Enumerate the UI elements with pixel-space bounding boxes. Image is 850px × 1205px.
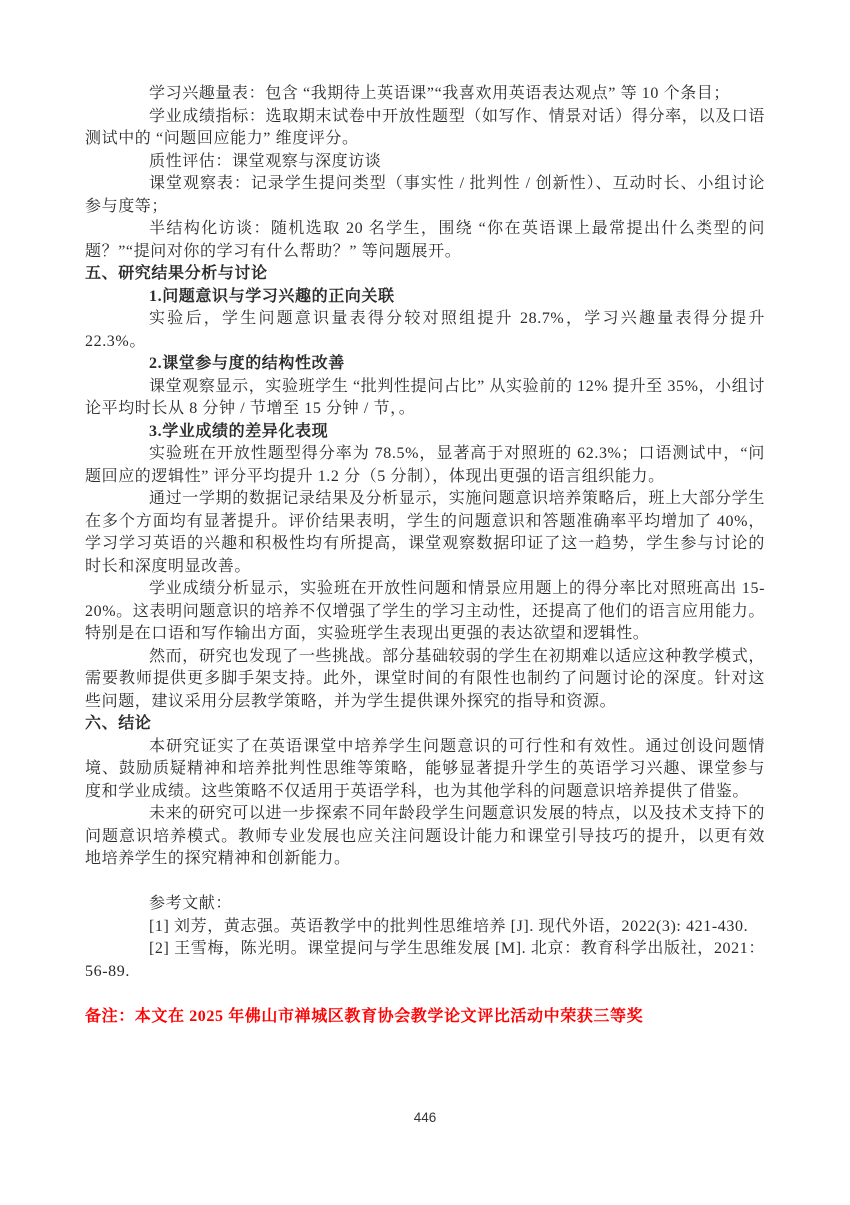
page-number: 446 [0,1110,850,1125]
document-body: 学习兴趣量表：包含 “我期待上英语课”“我喜欢用英语表达观点” 等 10 个条目… [85,83,765,1028]
reference-item-1: [1] 刘芳，黄志强。英语教学中的批判性思维培养 [J]. 现代外语，2022(… [85,916,765,939]
paragraph-semi-structured-interview: 半结构化访谈：随机选取 20 名学生，围绕 “你在英语课上最常提出什么类型的问题… [85,218,765,263]
paragraph-interest-scale: 学习兴趣量表：包含 “我期待上英语课”“我喜欢用英语表达观点” 等 10 个条目… [85,83,765,106]
paragraph-achievement-indicator: 学业成绩指标：选取期末试卷中开放性题型（如写作、情景对话）得分率，以及口语测试中… [85,106,765,151]
document-page: 学习兴趣量表：包含 “我期待上英语课”“我喜欢用英语表达观点” 等 10 个条目… [0,0,850,1205]
subsection-heading-3: 3.学业成绩的差异化表现 [85,421,765,444]
paragraph-academic-analysis: 学业成绩分析显示，实验班在开放性问题和情景应用题上的得分率比对照班高出 15-2… [85,578,765,646]
paragraph-qualitative-evaluation: 质性评估：课堂观察与深度访谈 [85,151,765,174]
paragraph-semester-data: 通过一学期的数据记录结果及分析显示，实施问题意识培养策略后，班上大部分学生在多个… [85,488,765,578]
paragraph-classroom-observation: 课堂观察显示，实验班学生 “批判性提问占比” 从实验前的 12% 提升至 35%… [85,376,765,421]
references-heading: 参考文献： [85,893,765,916]
subsection-heading-1: 1.问题意识与学习兴趣的正向关联 [85,286,765,309]
reference-item-2: [2] 王雪梅，陈光明。课堂提问与学生思维发展 [M]. 北京：教育科学出版社，… [85,938,765,983]
award-note: 备注：本文在 2025 年佛山市禅城区教育协会教学论文评比活动中荣获三等奖 [85,1006,765,1029]
paragraph-conclusion-1: 本研究证实了在英语课堂中培养学生问题意识的可行性和有效性。通过创设问题情境、鼓励… [85,736,765,804]
paragraph-challenges: 然而，研究也发现了一些挑战。部分基础较弱的学生在初期难以适应这种教学模式，需要教… [85,646,765,714]
paragraph-experiment-result: 实验后，学生问题意识量表得分较对照组提升 28.7%，学习兴趣量表得分提升 22… [85,308,765,353]
section-heading-conclusion: 六、结论 [85,713,765,736]
paragraph-score-rate: 实验班在开放性题型得分率为 78.5%，显著高于对照班的 62.3%；口语测试中… [85,443,765,488]
subsection-heading-2: 2.课堂参与度的结构性改善 [85,353,765,376]
section-heading-results: 五、研究结果分析与讨论 [85,263,765,286]
paragraph-observation-form: 课堂观察表：记录学生提问类型（事实性 / 批判性 / 创新性）、互动时长、小组讨… [85,173,765,218]
paragraph-conclusion-2: 未来的研究可以进一步探索不同年龄段学生问题意识发展的特点，以及技术支持下的问题意… [85,803,765,871]
blank-line [85,983,765,1006]
blank-line [85,871,765,894]
